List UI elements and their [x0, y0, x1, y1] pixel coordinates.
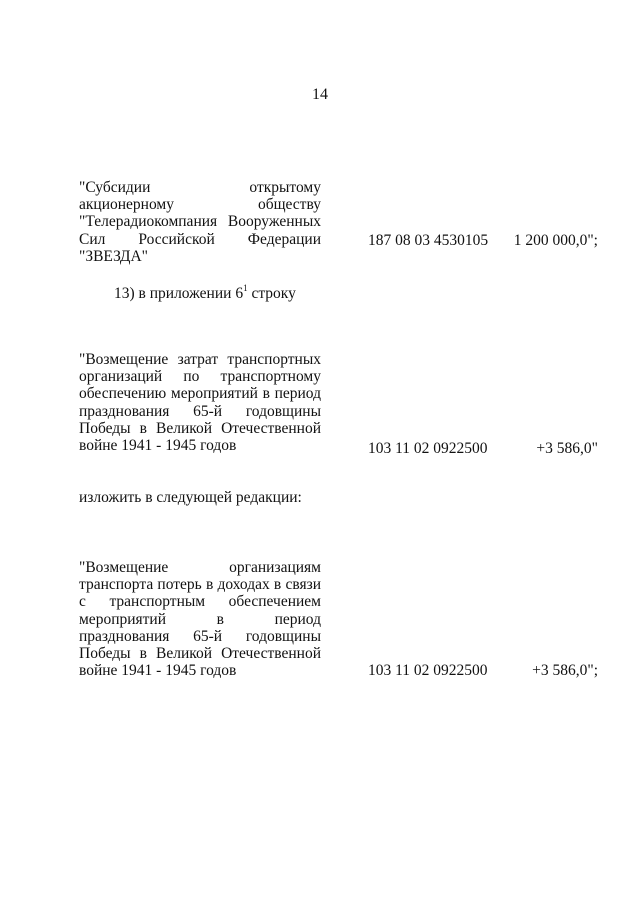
page-number: 14: [0, 86, 640, 104]
entry-amount: +3 586,0";: [458, 662, 598, 680]
amendment-item-13: 13) в приложении 61 строку: [114, 283, 296, 303]
entry-description: "Субсидии открытому акционерному обществ…: [79, 179, 321, 265]
entry-description: "Возмещение затрат транспортных организа…: [79, 351, 321, 454]
entry-description: "Возмещение организациям транспорта поте…: [79, 559, 321, 679]
item13-suffix: строку: [248, 285, 296, 302]
entry-amount: 1 200 000,0";: [458, 232, 598, 250]
restate-paragraph: изложить в следующей редакции:: [79, 489, 302, 507]
item13-text: 13) в приложении 6: [114, 285, 243, 302]
entry-amount: +3 586,0": [458, 440, 598, 458]
